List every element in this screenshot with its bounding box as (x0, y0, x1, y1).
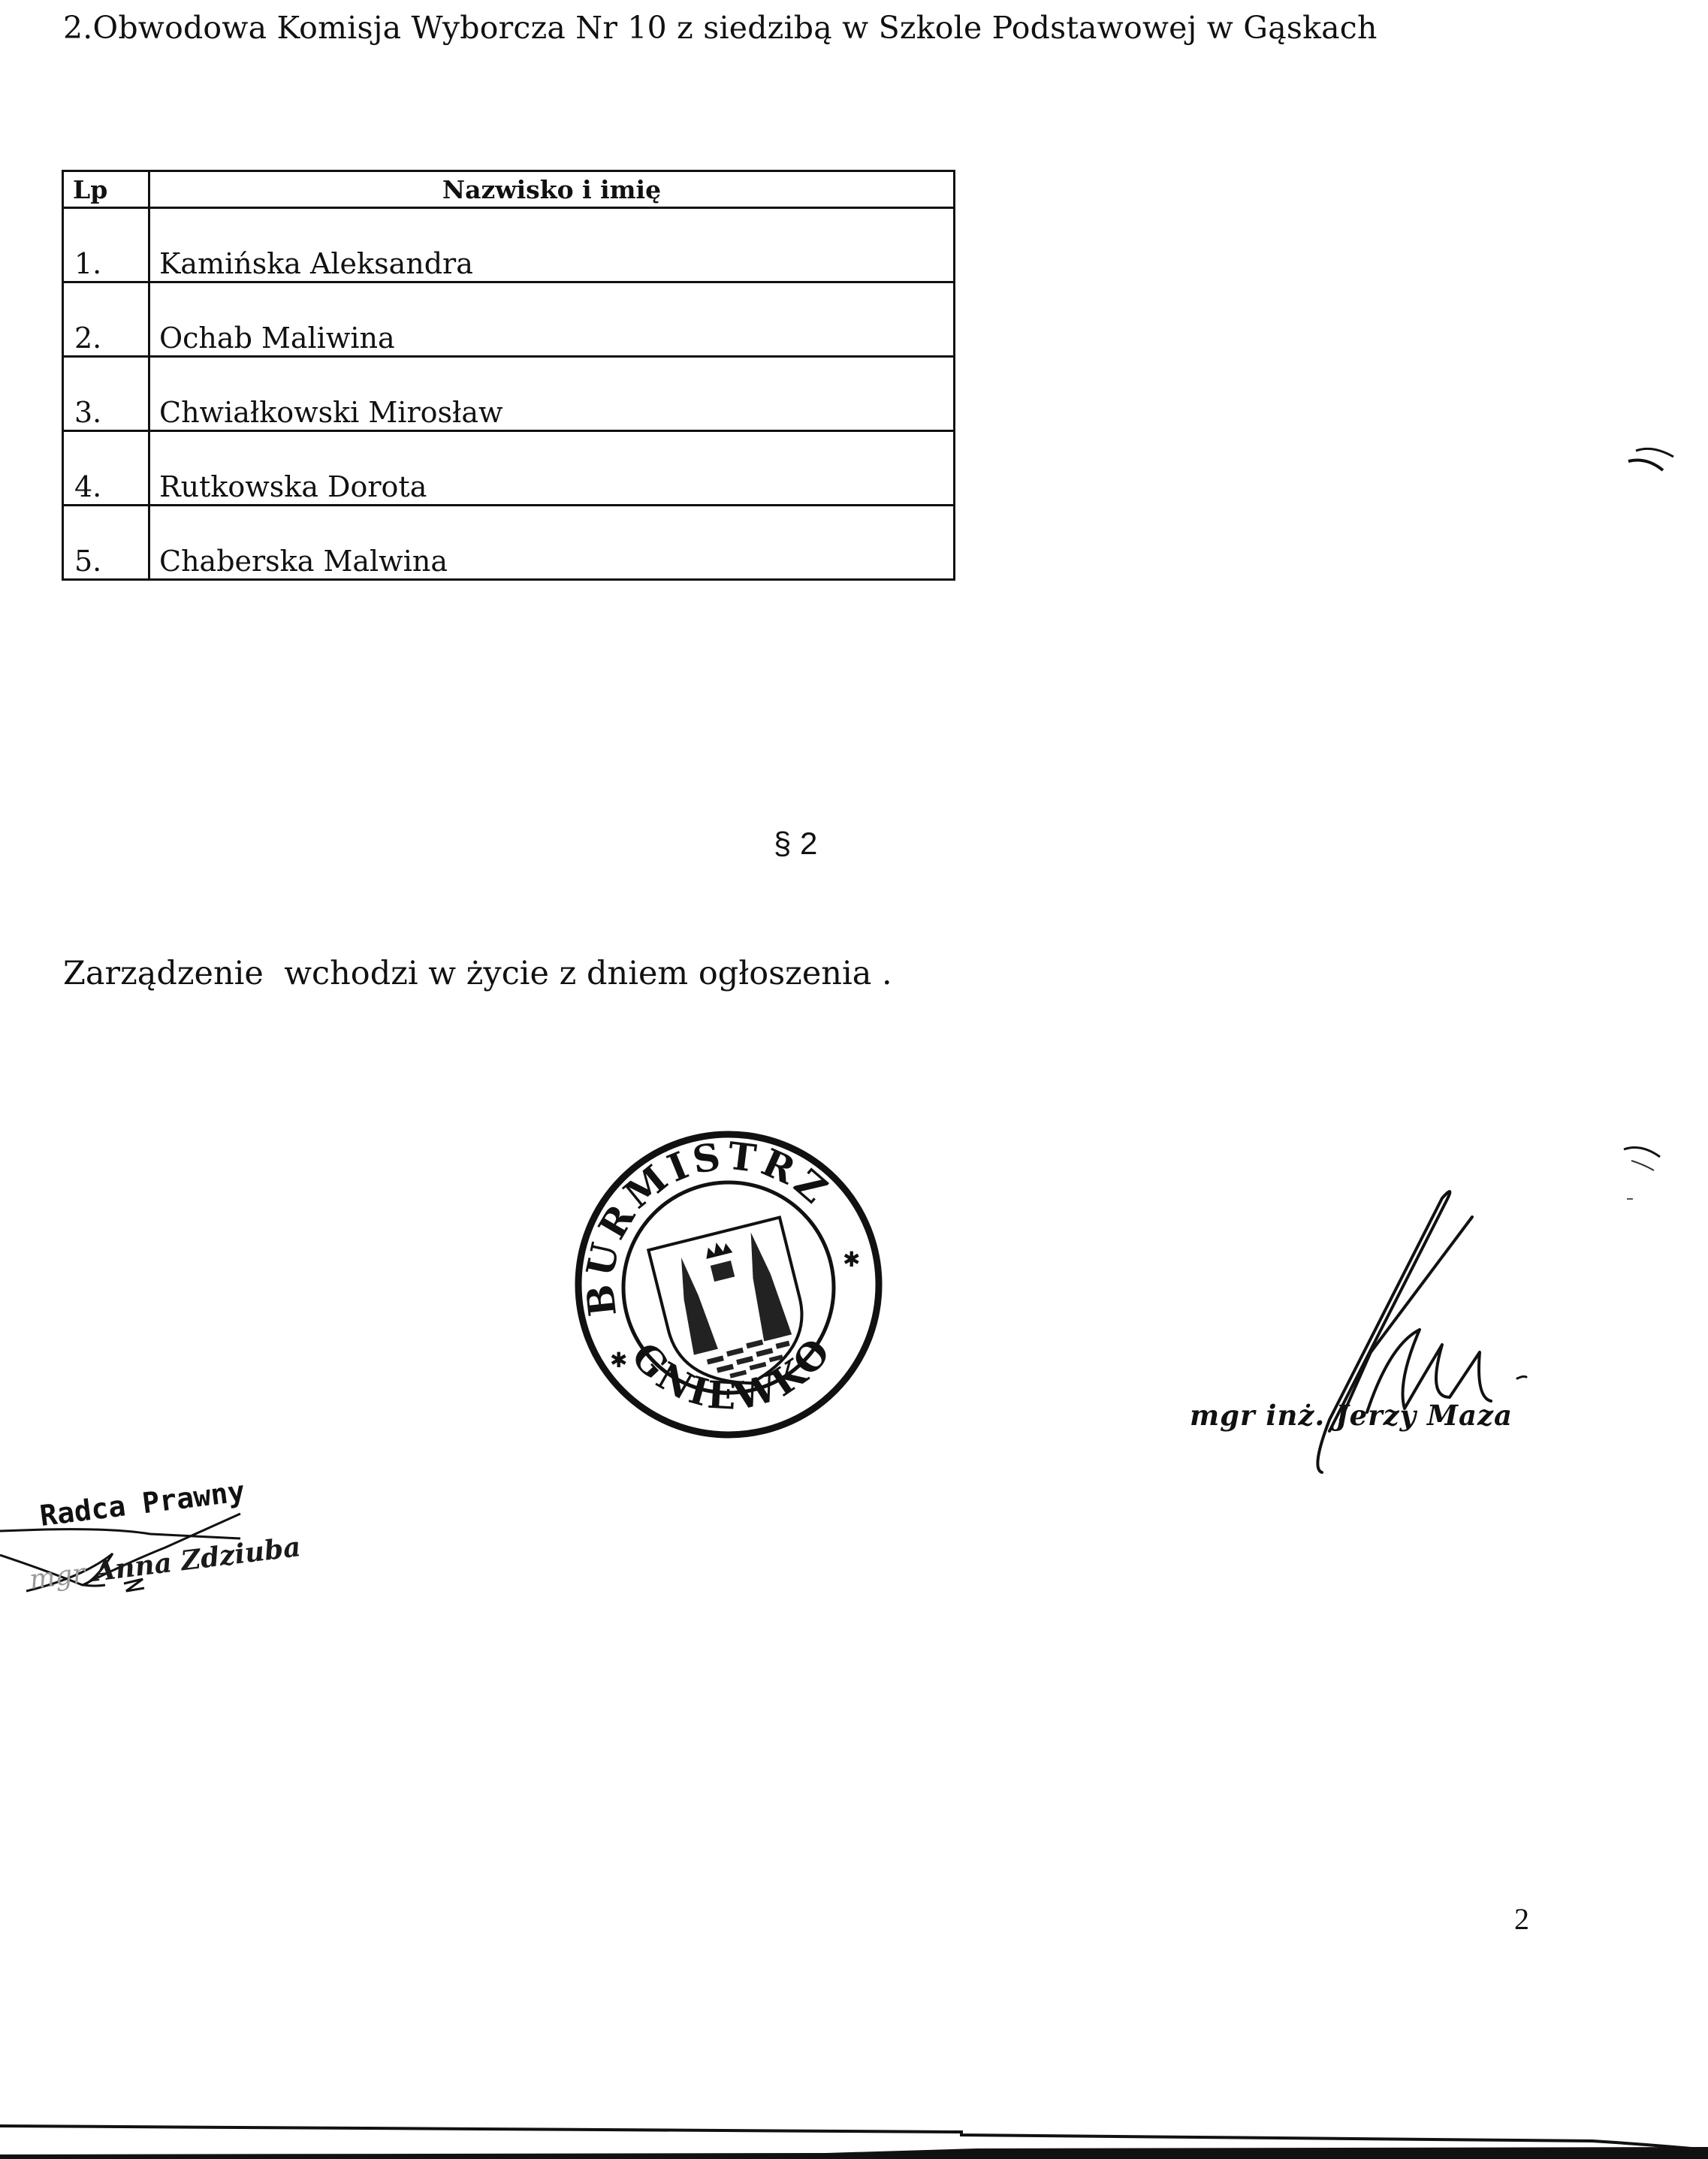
member-name-cell: Chwiałkowski Mirosław (149, 357, 955, 431)
seal-star-icon: ✱ (610, 1348, 627, 1372)
column-header-name: Nazwisko i imię (149, 171, 955, 208)
section-sign: § 2 (774, 825, 817, 862)
row-number-cell: 4. (63, 431, 149, 506)
table-row: 5. Chaberska Malwina (63, 506, 955, 580)
table-header-row: Lp Nazwisko i imię (63, 171, 955, 208)
row-number-cell: 2. (63, 282, 149, 357)
table-row: 3. Chwiałkowski Mirosław (63, 357, 955, 431)
signatory-name: mgr inż. Jerzy Maza (1190, 1399, 1513, 1432)
seal-top-text: BURMISTRZ (577, 1134, 839, 1319)
scan-edge-marks-icon (1615, 421, 1708, 1247)
table-row: 2. Ochab Maliwina (63, 282, 955, 357)
member-name-cell: Rutkowska Dorota (149, 431, 955, 506)
handwritten-signature-icon (1217, 1172, 1547, 1487)
scan-border-lines-icon (0, 2103, 1708, 2159)
member-name-cell: Chaberska Malwina (149, 506, 955, 580)
members-table: Lp Nazwisko i imię 1. Kamińska Aleksandr… (62, 170, 955, 581)
effective-date-clause: Zarządzenie wchodzi w życie z dniem ogło… (63, 953, 892, 995)
row-number-cell: 5. (63, 506, 149, 580)
seal-star-icon: ✱ (843, 1247, 860, 1272)
page-number: 2 (1514, 1902, 1529, 1937)
commission-heading: 2.Obwodowa Komisja Wyborcza Nr 10 z sied… (63, 9, 1460, 47)
table-row: 4. Rutkowska Dorota (63, 431, 955, 506)
official-seal-icon: BURMISTRZ GNIEWKOWA ✱ ✱ (571, 1127, 886, 1442)
member-name-cell: Ochab Maliwina (149, 282, 955, 357)
column-header-lp: Lp (63, 171, 149, 208)
table-row: 1. Kamińska Aleksandra (63, 208, 955, 282)
row-number-cell: 1. (63, 208, 149, 282)
row-number-cell: 3. (63, 357, 149, 431)
member-name-cell: Kamińska Aleksandra (149, 208, 955, 282)
